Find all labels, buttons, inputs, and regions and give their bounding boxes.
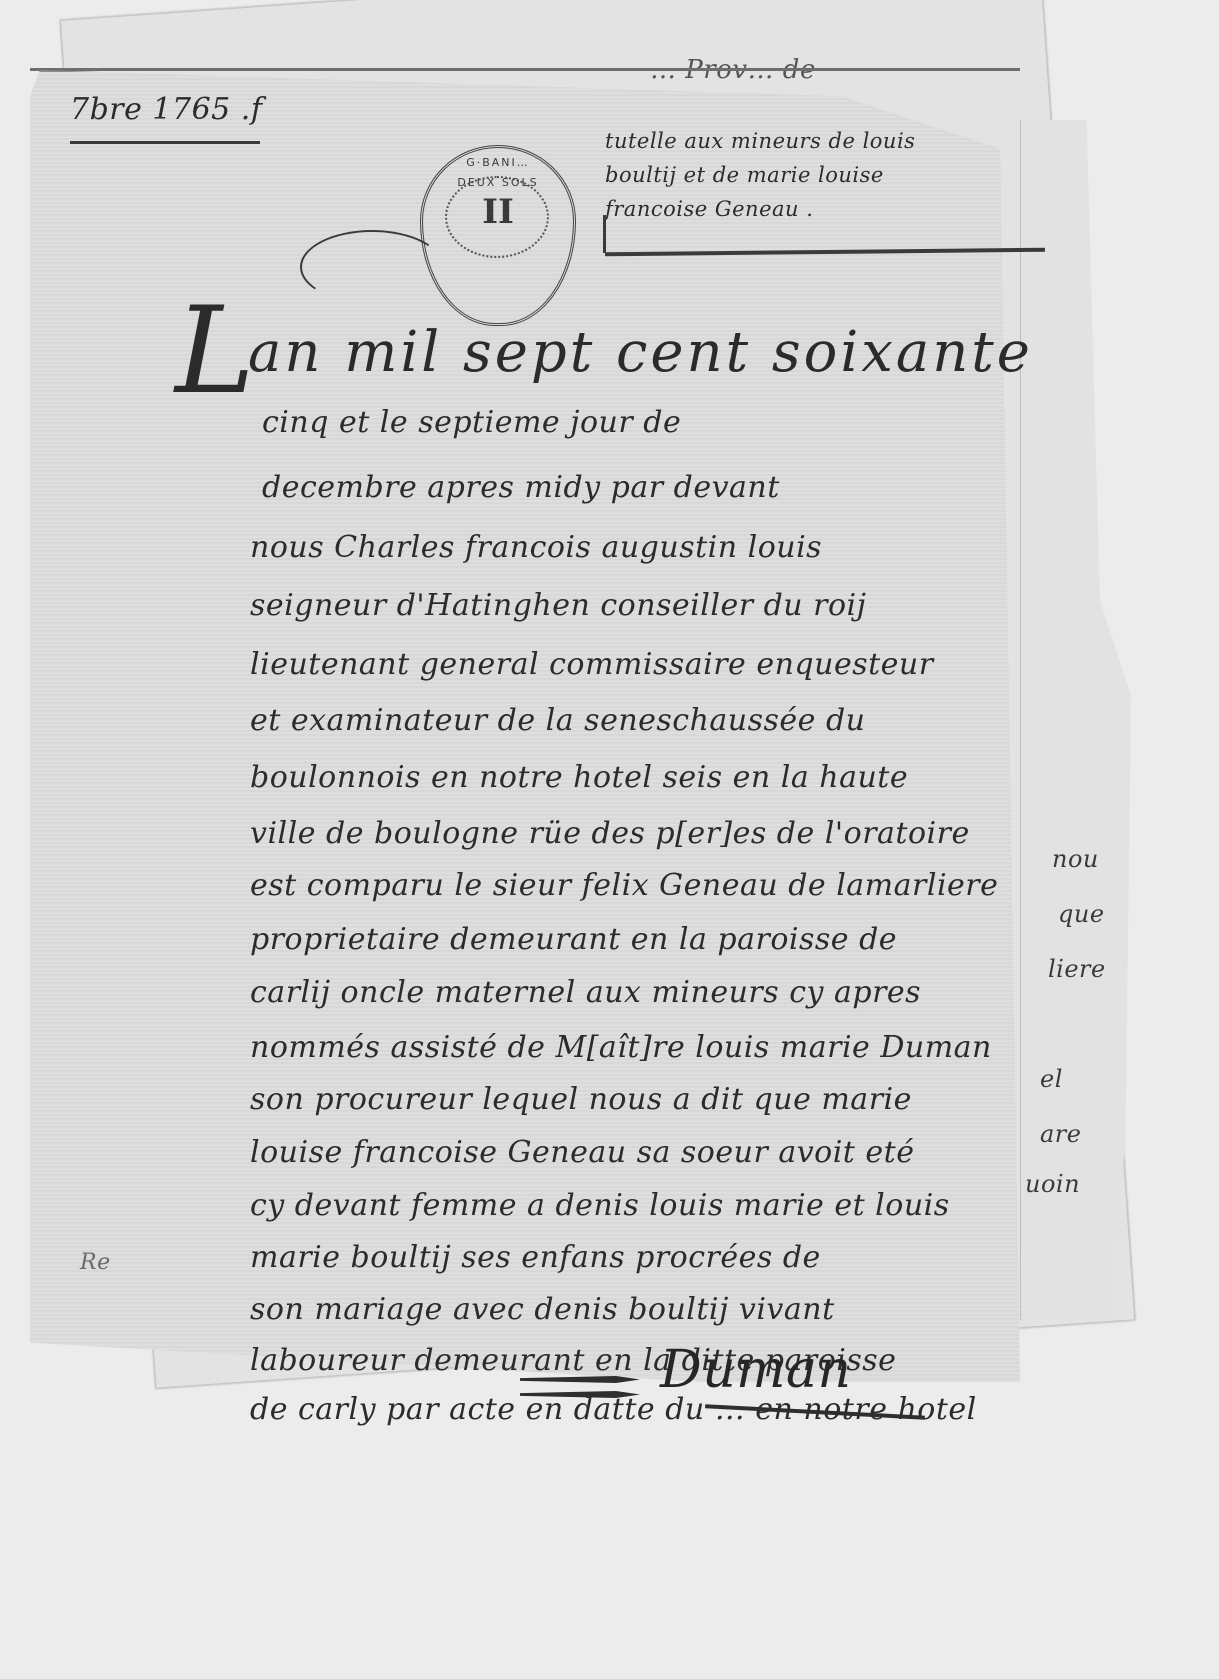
right-edge-fragment: are — [1040, 1120, 1081, 1148]
body-line: marie boultij ses enfans procrées de — [250, 1240, 821, 1275]
calligraphic-flourish — [300, 230, 444, 304]
signature: Duman — [660, 1340, 851, 1400]
body-line: cinq et le septieme jour de — [262, 405, 681, 440]
right-edge-fragment: que — [1058, 900, 1105, 928]
body-line: lieutenant general commissaire enquesteu… — [250, 647, 934, 682]
body-line: decembre apres midy par devant — [262, 470, 780, 505]
body-line: nous Charles francois augustin louis — [250, 530, 822, 565]
stamp-top-text: G·BANI… — [423, 156, 573, 169]
body-line: boulonnois en notre hotel seis en la hau… — [250, 760, 908, 795]
right-edge-fragment: uoin — [1025, 1170, 1080, 1198]
margin-title-line: francoise Geneau . — [605, 192, 915, 226]
paraph-mark — [520, 1368, 640, 1402]
right-edge-fragment: liere — [1048, 955, 1106, 983]
body-line: nommés assisté de M[aît]re louis marie D… — [250, 1030, 992, 1065]
date-mark: 7bre 1765 .f — [70, 92, 262, 127]
margin-title-bracket — [603, 215, 606, 253]
margin-title-line: tutelle aux mineurs de louis — [605, 124, 915, 158]
body-line: louise francoise Geneau sa soeur avoit e… — [250, 1135, 914, 1170]
page-top-edge — [30, 68, 1020, 71]
body-line: seigneur d'Hatinghen conseiller du roij — [250, 588, 866, 623]
body-line: ville de boulogne rüe des p[er]es de l'o… — [250, 816, 970, 851]
body-line: et examinateur de la seneschaussée du — [250, 703, 865, 738]
opening-line: an mil sept cent soixante — [248, 320, 1033, 385]
body-line: cy devant femme a denis louis marie et l… — [250, 1188, 950, 1223]
body-line: son procureur lequel nous a dit que mari… — [250, 1082, 912, 1117]
body-line: est comparu le sieur felix Geneau de lam… — [250, 868, 998, 903]
stamp-numeral: II — [423, 192, 573, 232]
initial-letter: L — [175, 282, 255, 421]
margin-title-line: boultij et de marie louise — [605, 158, 915, 192]
stamp-value-text: DEUX SOLS — [423, 176, 573, 189]
body-line: proprietaire demeurant en la paroisse de — [250, 922, 897, 957]
right-edge-fragment: nou — [1052, 845, 1099, 873]
body-line: carlij oncle maternel aux mineurs cy apr… — [250, 975, 921, 1010]
right-edge-fragment: el — [1040, 1065, 1063, 1093]
date-underline — [70, 141, 260, 144]
margin-title: tutelle aux mineurs de louis boultij et … — [605, 124, 915, 226]
body-line: son mariage avec denis boultij vivant — [250, 1292, 835, 1327]
left-margin-note: Re — [80, 1250, 111, 1275]
